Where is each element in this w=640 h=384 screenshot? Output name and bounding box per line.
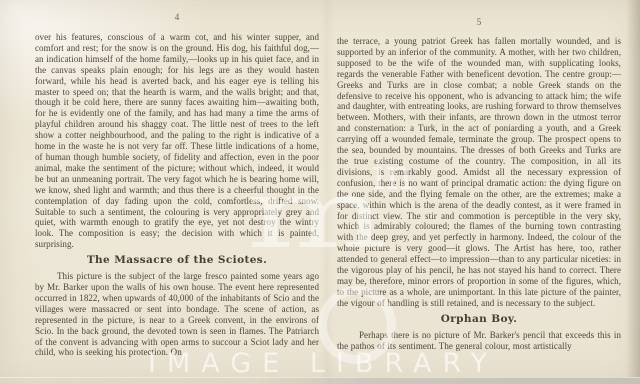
scan-right-edge-shadow xyxy=(626,0,640,384)
scan-bottom-band xyxy=(0,377,640,384)
left-continuation-paragraph: over his features, conscious of a warm c… xyxy=(35,32,319,250)
watermark-ring-icon xyxy=(318,286,396,364)
page-number-right: 5 xyxy=(337,17,621,27)
page-left: 4 over his features, conscious of a warm… xyxy=(35,12,319,358)
left-section-heading: The Massacre of the Sciotes. xyxy=(35,254,319,266)
page-number-left: 4 xyxy=(35,12,319,22)
scanned-book-spread: 4 over his features, conscious of a warm… xyxy=(0,0,640,384)
left-section-paragraph: This picture is the subject of the large… xyxy=(35,271,319,358)
right-continuation-paragraph: the terrace, a young patriot Greek has f… xyxy=(337,36,621,309)
